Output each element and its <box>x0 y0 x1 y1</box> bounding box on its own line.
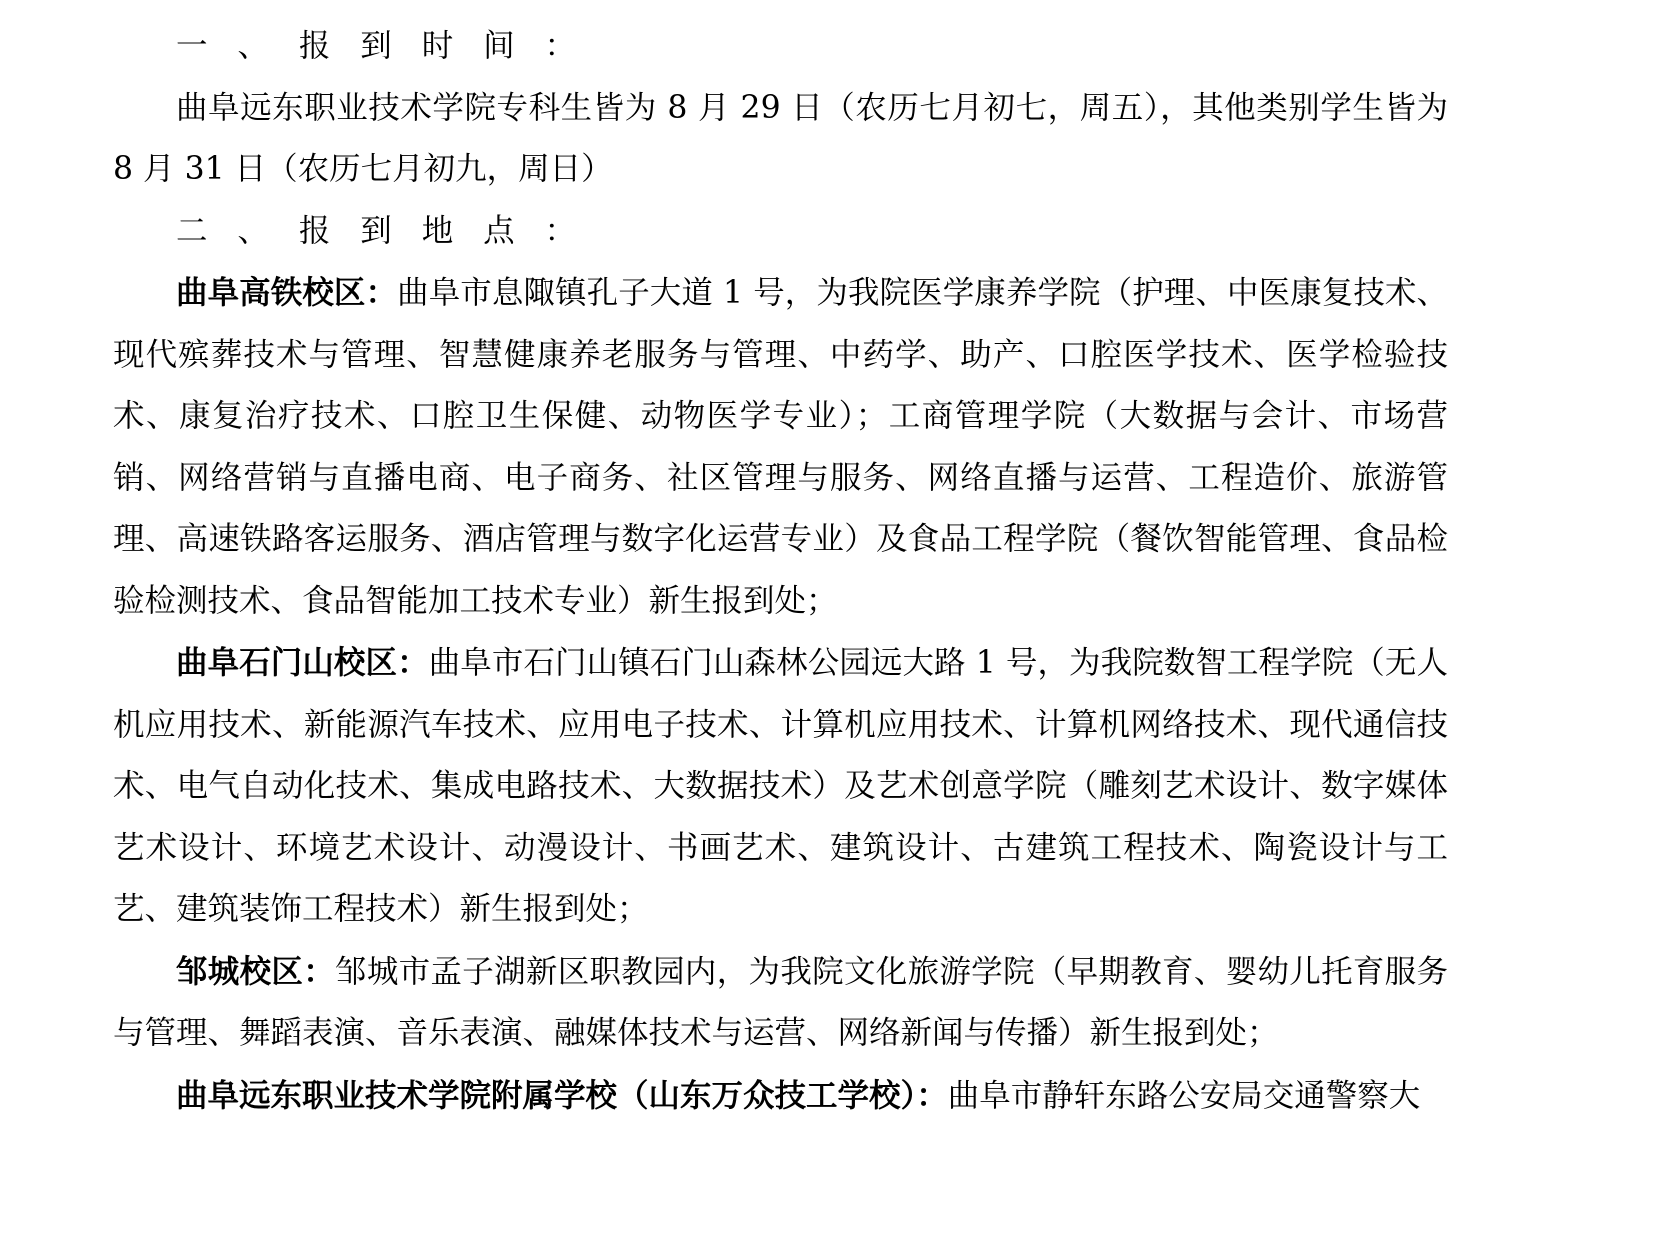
campus-description-shimenshan: 曲阜市石门山镇石门山森林公园远大路 1 号，为我院数智工程学院（无人机应用技术、… <box>113 645 1448 927</box>
paragraph-affiliated-school: 曲阜远东职业技术学院附属学校（山东万众技工学校）：曲阜市静轩东路公安局交通警察大 <box>113 1065 1448 1128</box>
paragraph-campus-shimenshan: 曲阜石门山校区：曲阜市石门山镇石门山森林公园远大路 1 号，为我院数智工程学院（… <box>113 632 1448 941</box>
campus-name-zoucheng: 邹城校区： <box>176 953 335 990</box>
section-2-heading: 二、报到地点： <box>113 201 1448 263</box>
paragraph-campus-zoucheng: 邹城校区：邹城市孟子湖新区职教园内，为我院文化旅游学院（早期教育、婴幼儿托育服务… <box>113 941 1448 1065</box>
document-page: 一、报到时间： 曲阜远东职业技术学院专科生皆为 8 月 29 日（农历七月初七，… <box>0 0 1653 1257</box>
affiliated-school-description: 曲阜市静轩东路公安局交通警察大 <box>948 1078 1421 1114</box>
section-1-body: 曲阜远东职业技术学院专科生皆为 8 月 29 日（农历七月初七，周五），其他类别… <box>113 78 1448 201</box>
affiliated-school-name: 曲阜远东职业技术学院附属学校（山东万众技工学校）： <box>176 1077 948 1114</box>
campus-name-qufu-gaotie: 曲阜高铁校区： <box>176 274 397 311</box>
campus-description-qufu-gaotie: 曲阜市息陬镇孔子大道 1 号，为我院医学康养学院（护理、中医康复技术、现代殡葬技… <box>113 275 1448 619</box>
paragraph-campus-qufu-gaotie: 曲阜高铁校区：曲阜市息陬镇孔子大道 1 号，为我院医学康养学院（护理、中医康复技… <box>113 262 1448 632</box>
campus-name-shimenshan: 曲阜石门山校区： <box>176 644 429 681</box>
section-1-heading: 一、报到时间： <box>113 16 1448 78</box>
